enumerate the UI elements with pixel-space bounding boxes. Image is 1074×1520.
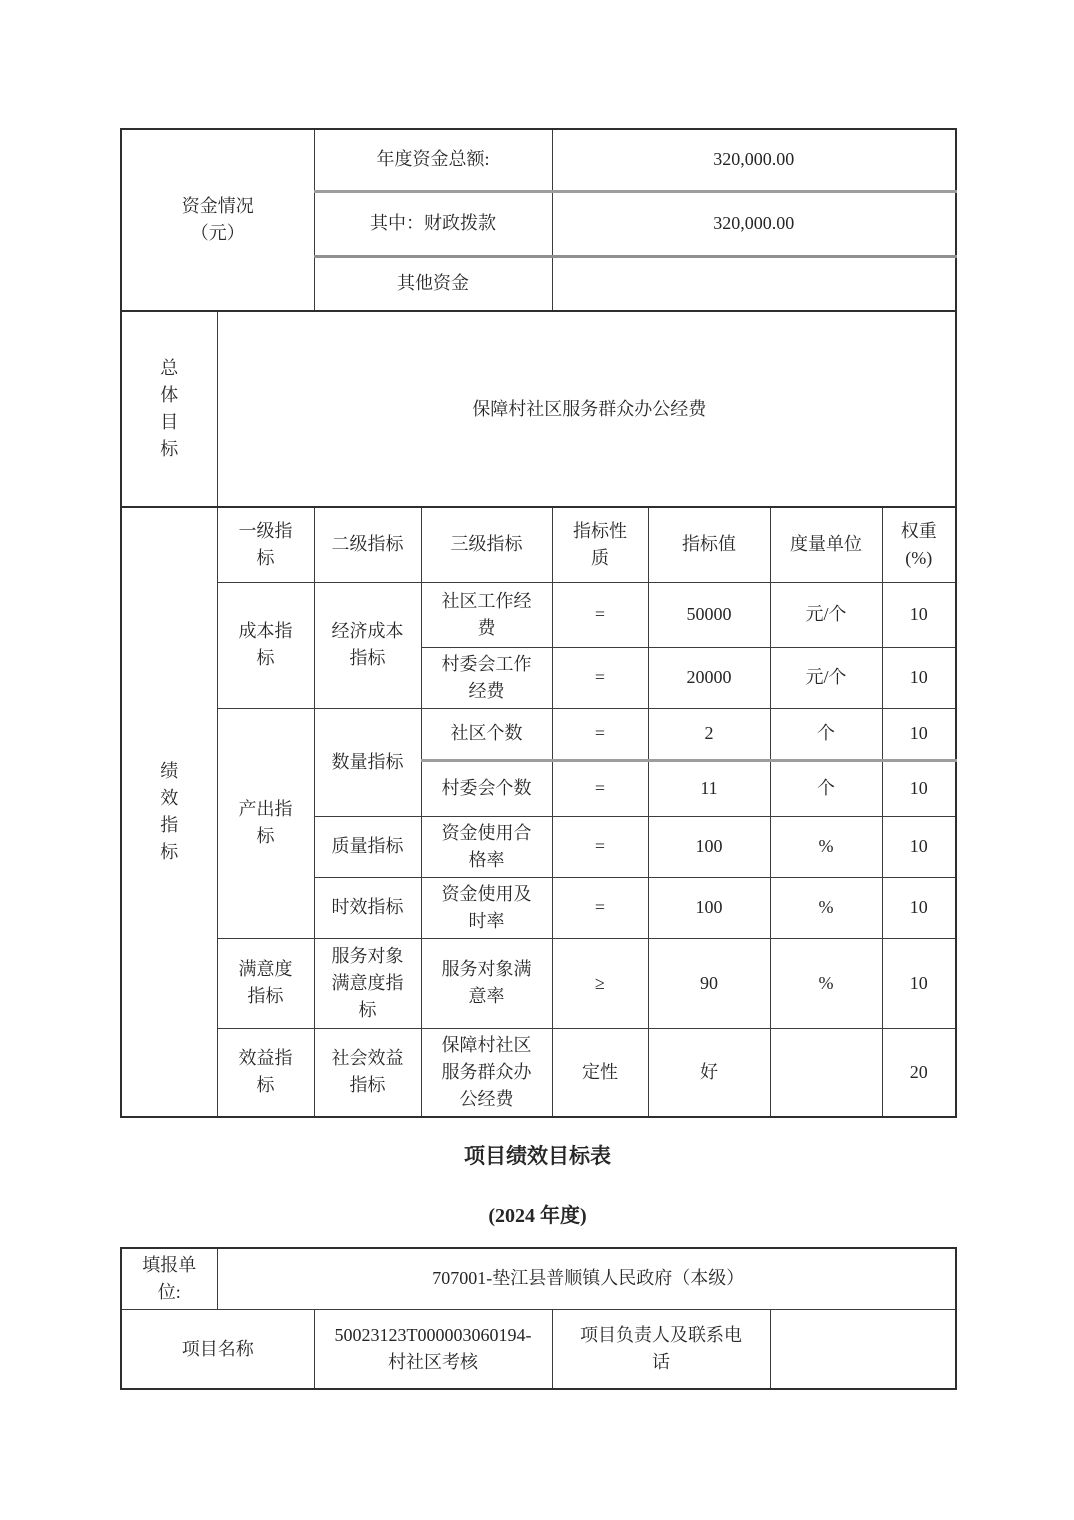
funding-other-value	[552, 256, 956, 311]
overall-goal-table: 总 体 目 标 保障村社区服务群众办公经费	[120, 310, 957, 508]
header-level1: 一级指 标	[217, 507, 314, 582]
level2-cell: 时效指标	[314, 877, 421, 938]
unit-cell: %	[770, 938, 882, 1028]
weight-cell: 10	[882, 647, 956, 708]
reporting-unit-label: 填报单 位:	[121, 1248, 217, 1310]
weight-cell: 10	[882, 877, 956, 938]
level2-cell: 质量指标	[314, 816, 421, 877]
header-weight: 权重 (%)	[882, 507, 956, 582]
value-cell: 50000	[648, 582, 770, 647]
project-name-value: 50023123T000003060194- 村社区考核	[314, 1309, 552, 1389]
weight-cell: 10	[882, 938, 956, 1028]
value-cell: 100	[648, 816, 770, 877]
value-cell: 11	[648, 760, 770, 816]
level1-cell: 效益指 标	[217, 1028, 314, 1117]
unit-cell: %	[770, 877, 882, 938]
performance-section-label: 绩 效 指 标	[121, 507, 217, 1117]
value-cell: 90	[648, 938, 770, 1028]
nature-cell: =	[552, 647, 648, 708]
weight-cell: 10	[882, 816, 956, 877]
nature-cell: =	[552, 708, 648, 760]
weight-cell: 20	[882, 1028, 956, 1117]
funding-total-value: 320,000.00	[552, 129, 956, 191]
project-manager-label: 项目负责人及联系电 话	[552, 1309, 770, 1389]
indicator-row: 产出指 标 数量指标 社区个数 = 2 个 10	[121, 708, 956, 760]
level3-cell: 资金使用及 时率	[421, 877, 552, 938]
unit-cell: 元/个	[770, 647, 882, 708]
value-cell: 100	[648, 877, 770, 938]
funding-table: 资金情况 （元） 年度资金总额: 320,000.00 其中：财政拨款 320,…	[120, 128, 957, 312]
unit-cell: %	[770, 816, 882, 877]
nature-cell: 定性	[552, 1028, 648, 1117]
overall-goal-content: 保障村社区服务群众办公经费	[217, 311, 956, 507]
level3-cell: 资金使用合 格率	[421, 816, 552, 877]
level1-cell: 产出指 标	[217, 708, 314, 938]
report-year: (2024 年度)	[120, 1202, 955, 1230]
header-value: 指标值	[648, 507, 770, 582]
indicator-row: 满意度 指标 服务对象 满意度指 标 服务对象满 意率 ≥ 90 % 10	[121, 938, 956, 1028]
level3-cell: 村委会工作 经费	[421, 647, 552, 708]
reporting-unit-value: 707001-垫江县普顺镇人民政府（本级）	[217, 1248, 956, 1310]
value-cell: 2	[648, 708, 770, 760]
nature-cell: ≥	[552, 938, 648, 1028]
funding-fiscal-value: 320,000.00	[552, 191, 956, 256]
nature-cell: =	[552, 582, 648, 647]
nature-cell: =	[552, 760, 648, 816]
unit-cell: 个	[770, 708, 882, 760]
unit-cell	[770, 1028, 882, 1117]
header-level3: 三级指标	[421, 507, 552, 582]
indicator-row: 效益指 标 社会效益 指标 保障村社区 服务群众办 公经费 定性 好 20	[121, 1028, 956, 1117]
project-manager-value	[770, 1309, 956, 1389]
weight-cell: 10	[882, 760, 956, 816]
nature-cell: =	[552, 877, 648, 938]
header-unit: 度量单位	[770, 507, 882, 582]
level3-cell: 保障村社区 服务群众办 公经费	[421, 1028, 552, 1117]
level1-cell: 满意度 指标	[217, 938, 314, 1028]
funding-fiscal-label: 其中：财政拨款	[314, 191, 552, 256]
nature-cell: =	[552, 816, 648, 877]
funding-category-label: 资金情况 （元）	[121, 129, 314, 311]
report-info-table: 填报单 位: 707001-垫江县普顺镇人民政府（本级） 项目名称 500231…	[120, 1247, 957, 1391]
overall-goal-label: 总 体 目 标	[121, 311, 217, 507]
weight-cell: 10	[882, 582, 956, 647]
unit-cell: 元/个	[770, 582, 882, 647]
value-cell: 好	[648, 1028, 770, 1117]
level3-cell: 社区个数	[421, 708, 552, 760]
level2-cell: 经济成本 指标	[314, 582, 421, 708]
document-page: 资金情况 （元） 年度资金总额: 320,000.00 其中：财政拨款 320,…	[0, 0, 1074, 1520]
header-nature: 指标性 质	[552, 507, 648, 582]
level3-cell: 村委会个数	[421, 760, 552, 816]
value-cell: 20000	[648, 647, 770, 708]
indicators-table: 绩 效 指 标 一级指 标 二级指标 三级指标 指标性 质 指标值 度量单位 权…	[120, 506, 957, 1118]
unit-cell: 个	[770, 760, 882, 816]
document-body: 资金情况 （元） 年度资金总额: 320,000.00 其中：财政拨款 320,…	[120, 128, 955, 1390]
project-name-label: 项目名称	[121, 1309, 314, 1389]
level2-cell: 数量指标	[314, 708, 421, 816]
weight-cell: 10	[882, 708, 956, 760]
level2-cell: 服务对象 满意度指 标	[314, 938, 421, 1028]
level3-cell: 社区工作经 费	[421, 582, 552, 647]
header-level2: 二级指标	[314, 507, 421, 582]
indicator-row: 成本指 标 经济成本 指标 社区工作经 费 = 50000 元/个 10	[121, 582, 956, 647]
level1-cell: 成本指 标	[217, 582, 314, 708]
funding-other-label: 其他资金	[314, 256, 552, 311]
funding-total-label: 年度资金总额:	[314, 129, 552, 191]
level2-cell: 社会效益 指标	[314, 1028, 421, 1117]
level3-cell: 服务对象满 意率	[421, 938, 552, 1028]
report-title: 项目绩效目标表	[120, 1142, 955, 1171]
